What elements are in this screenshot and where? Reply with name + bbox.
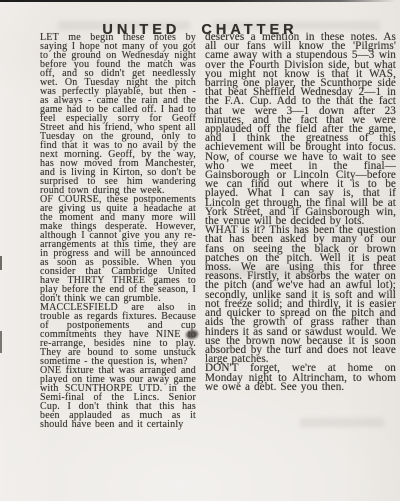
paragraph: OF COURSE, these postponements are givin… (40, 195, 196, 303)
paragraph: deserves a mention in these notes. As al… (205, 33, 396, 226)
paragraph: LET me begin these notes by saying I hop… (40, 33, 196, 195)
scan-top-edge-line (0, 0, 400, 2)
text-column-left: LET me begin these notes by saying I hop… (40, 33, 196, 429)
article-body: LET me begin these notes by saying I hop… (40, 33, 396, 429)
scan-edge-mark (0, 256, 2, 270)
scan-edge-mark (0, 331, 2, 353)
text-column-right: deserves a mention in these notes. As al… (205, 33, 396, 429)
paragraph: MACCLESFIELD are also in trouble as rega… (40, 303, 196, 366)
paragraph: ONE fixture that was arranged and played… (40, 366, 196, 429)
paragraph: WHAT is it? This has been the question t… (205, 226, 396, 364)
paragraph: DON'T forget, we're at home on Monday ni… (205, 364, 396, 392)
